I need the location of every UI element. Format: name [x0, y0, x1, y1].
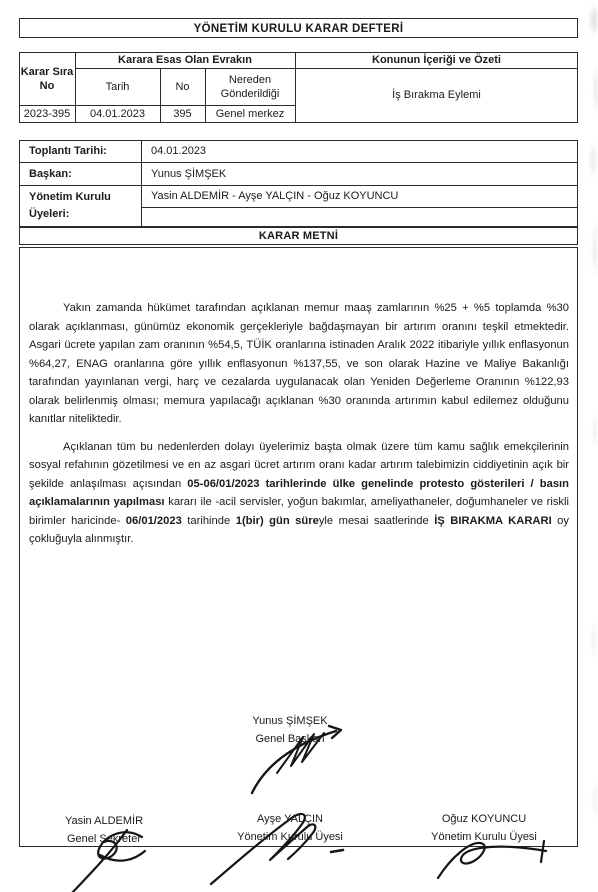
member-title: Yönetim Kurulu Üyesi [418, 828, 550, 846]
meeting-row-value: Yunus ŞİMŞEK [142, 162, 572, 185]
member-name: Oğuz KOYUNCU [418, 810, 550, 828]
member-name: Yasin ALDEMİR [38, 812, 170, 830]
table-line [141, 207, 578, 208]
decision-text: Yakın zamanda hükümet tarafından açıklan… [29, 299, 569, 549]
header-tarih: Tarih [76, 68, 159, 105]
meeting-row-value: 04.01.2023 [142, 140, 572, 162]
header-nereden: Nereden Gönderildiği [206, 68, 294, 105]
value-tarih: 04.01.2023 [76, 105, 159, 122]
meeting-row-label: Başkan: [20, 162, 140, 185]
meeting-row-label: Yönetim Kurulu Üyeleri: [20, 185, 130, 227]
header-karar-sira-no: Karar Sıra No [20, 53, 74, 104]
value-no: 395 [161, 105, 204, 122]
header-no: No [161, 68, 204, 105]
president-name: Yunus ŞİMŞEK [214, 712, 366, 730]
member-signature-block: Yasin ALDEMİR Genel Sekreter [38, 812, 170, 848]
member-signature-block: Oğuz KOYUNCU Yönetim Kurulu Üyesi [418, 810, 550, 846]
value-nereden: Genel merkez [206, 105, 294, 122]
meeting-row-value: Yasin ALDEMİR - Ayşe YALÇIN - Oğuz KOYUN… [142, 185, 572, 207]
decision-paragraph-1: Yakın zamanda hükümet tarafından açıklan… [29, 299, 569, 429]
value-karar-sira-no: 2023-395 [20, 105, 74, 122]
president-title: Genel Başkan [214, 730, 366, 748]
decision-book-page: YÖNETİM KURULU KARAR DEFTERİ Karar Sıra … [0, 0, 598, 892]
meeting-row-label: Toplantı Tarihi: [20, 140, 140, 162]
member-title: Yönetim Kurulu Üyesi [224, 828, 356, 846]
president-signature-block: Yunus ŞİMŞEK Genel Başkan [214, 712, 366, 748]
header-evrak-group: Karara Esas Olan Evrakın [76, 52, 294, 68]
scan-edge-artifact [585, 0, 598, 892]
member-title: Genel Sekreter [38, 830, 170, 848]
page-title: YÖNETİM KURULU KARAR DEFTERİ [19, 19, 578, 38]
member-signature-block: Ayşe YALÇIN Yönetim Kurulu Üyesi [224, 810, 356, 846]
decision-paragraph-2: Açıklanan tüm bu nedenlerden dolayı üyel… [29, 438, 569, 549]
karar-metni-header: KARAR METNİ [19, 227, 578, 245]
member-name: Ayşe YALÇIN [224, 810, 356, 828]
value-konu: İş Bırakma Eylemi [296, 68, 577, 122]
header-konu: Konunun İçeriği ve Özeti [296, 52, 577, 68]
